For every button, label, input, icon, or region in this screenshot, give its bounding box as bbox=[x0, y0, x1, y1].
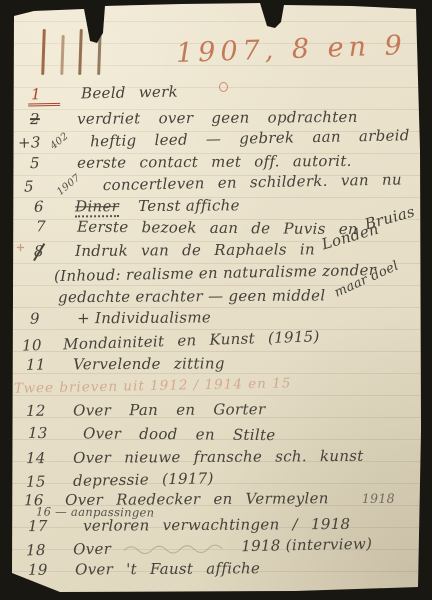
entry-row: 11 Vervelende zitting bbox=[26, 354, 225, 373]
entry-number: 14 bbox=[26, 449, 52, 467]
entry-text: gedachte erachter — geen middel bbox=[58, 286, 326, 306]
entry-number: 10 bbox=[22, 336, 49, 355]
entry-text: + Individualisme bbox=[77, 308, 211, 327]
photo-background: 1907, 8 en 9 1 Beeld werk 2 verdriet ove… bbox=[0, 0, 432, 600]
entry-number: 1 bbox=[28, 85, 60, 107]
entry-number: 8 bbox=[34, 242, 60, 260]
entry-row: 19 Over 't Faust affiche bbox=[28, 559, 260, 579]
red-check-mark bbox=[16, 243, 25, 252]
entry-text: depressie (1917) bbox=[73, 469, 214, 490]
entry-text: Indruk van de Raphaels in bbox=[75, 240, 315, 260]
entry-number: 7 bbox=[36, 217, 62, 235]
entry-number: 17 bbox=[28, 517, 54, 535]
entry-number: 11 bbox=[26, 356, 52, 374]
entry-text: Vervelende zitting bbox=[73, 354, 225, 373]
entry-number: 5 bbox=[24, 177, 50, 195]
entry-row: 12 Over Pan en Gorter bbox=[26, 400, 266, 420]
entry-row: 9 + Individualisme bbox=[30, 308, 211, 327]
entry-text: verdriet over geen opdrachten bbox=[77, 108, 358, 128]
entry-text: Beeld werk bbox=[81, 83, 178, 103]
tally-mark bbox=[79, 29, 83, 75]
entry-number: 9 bbox=[30, 309, 56, 327]
entry-row: 1 Beeld werk bbox=[28, 83, 178, 107]
entry-row: 2 verdriet over geen opdrachten bbox=[30, 108, 358, 128]
entry-annotation: 1907 bbox=[55, 172, 83, 197]
entry-text: Over Pan en Gorter bbox=[73, 400, 265, 419]
tally-marks bbox=[42, 25, 112, 79]
red-dot-mark bbox=[219, 82, 228, 92]
tally-mark bbox=[97, 25, 101, 75]
entry-annotation: 402 bbox=[48, 131, 70, 152]
entry-number: 13 bbox=[28, 424, 54, 442]
entry-row: 15 depressie (1917) bbox=[26, 469, 214, 491]
entry-text: eerste contact met off. autorit. bbox=[77, 152, 352, 172]
tally-mark bbox=[41, 29, 45, 75]
entry-text: Over bbox=[73, 540, 111, 559]
illegible-pencil-scribble bbox=[122, 541, 230, 555]
entry-number: 18 bbox=[26, 541, 52, 559]
entry-continuation: gedachte erachter — geen middel maar doe… bbox=[58, 286, 409, 306]
entry-row: 5 eerste contact met off. autorit. bbox=[30, 152, 352, 172]
entry-number: 6 bbox=[34, 198, 60, 216]
entry-text: Eerste bezoek aan de Puvis en bbox=[77, 218, 358, 238]
tally-mark bbox=[60, 35, 64, 75]
entry-row: 14 Over nieuwe fransche sch. kunst bbox=[26, 447, 364, 467]
entry-number: 12 bbox=[26, 402, 52, 420]
entry-row: 17 verloren verwachtingen / 1918 bbox=[28, 515, 350, 535]
entry-year: 1918 bbox=[362, 491, 395, 506]
entry-text: 1918 (interview) bbox=[241, 535, 372, 556]
paper-sheet: 1907, 8 en 9 1 Beeld werk 2 verdriet ove… bbox=[0, 0, 432, 600]
entry-row: 13 Over dood en Stilte bbox=[28, 424, 276, 444]
entry-number: 2 bbox=[30, 110, 56, 128]
entry-number: 15 bbox=[26, 472, 52, 490]
entry-number: 19 bbox=[28, 561, 54, 579]
entry-text: Over dood en Stilte bbox=[83, 424, 276, 444]
crossed-out-word: Diner bbox=[75, 197, 119, 217]
entry-row: 8 Indruk van de Raphaels in Londen bbox=[34, 240, 385, 260]
entry-text: Tenst affiche bbox=[138, 196, 240, 215]
entry-text: Over nieuwe fransche sch. kunst bbox=[73, 447, 364, 467]
entry-number: +3 bbox=[18, 133, 44, 151]
entry-text: Over 't Faust affiche bbox=[75, 559, 260, 578]
entry-row: 6 Diner Tenst affiche bbox=[34, 196, 240, 215]
entry-text: verloren verwachtingen / 1918 bbox=[83, 515, 350, 535]
entry-number: 5 bbox=[30, 154, 56, 172]
